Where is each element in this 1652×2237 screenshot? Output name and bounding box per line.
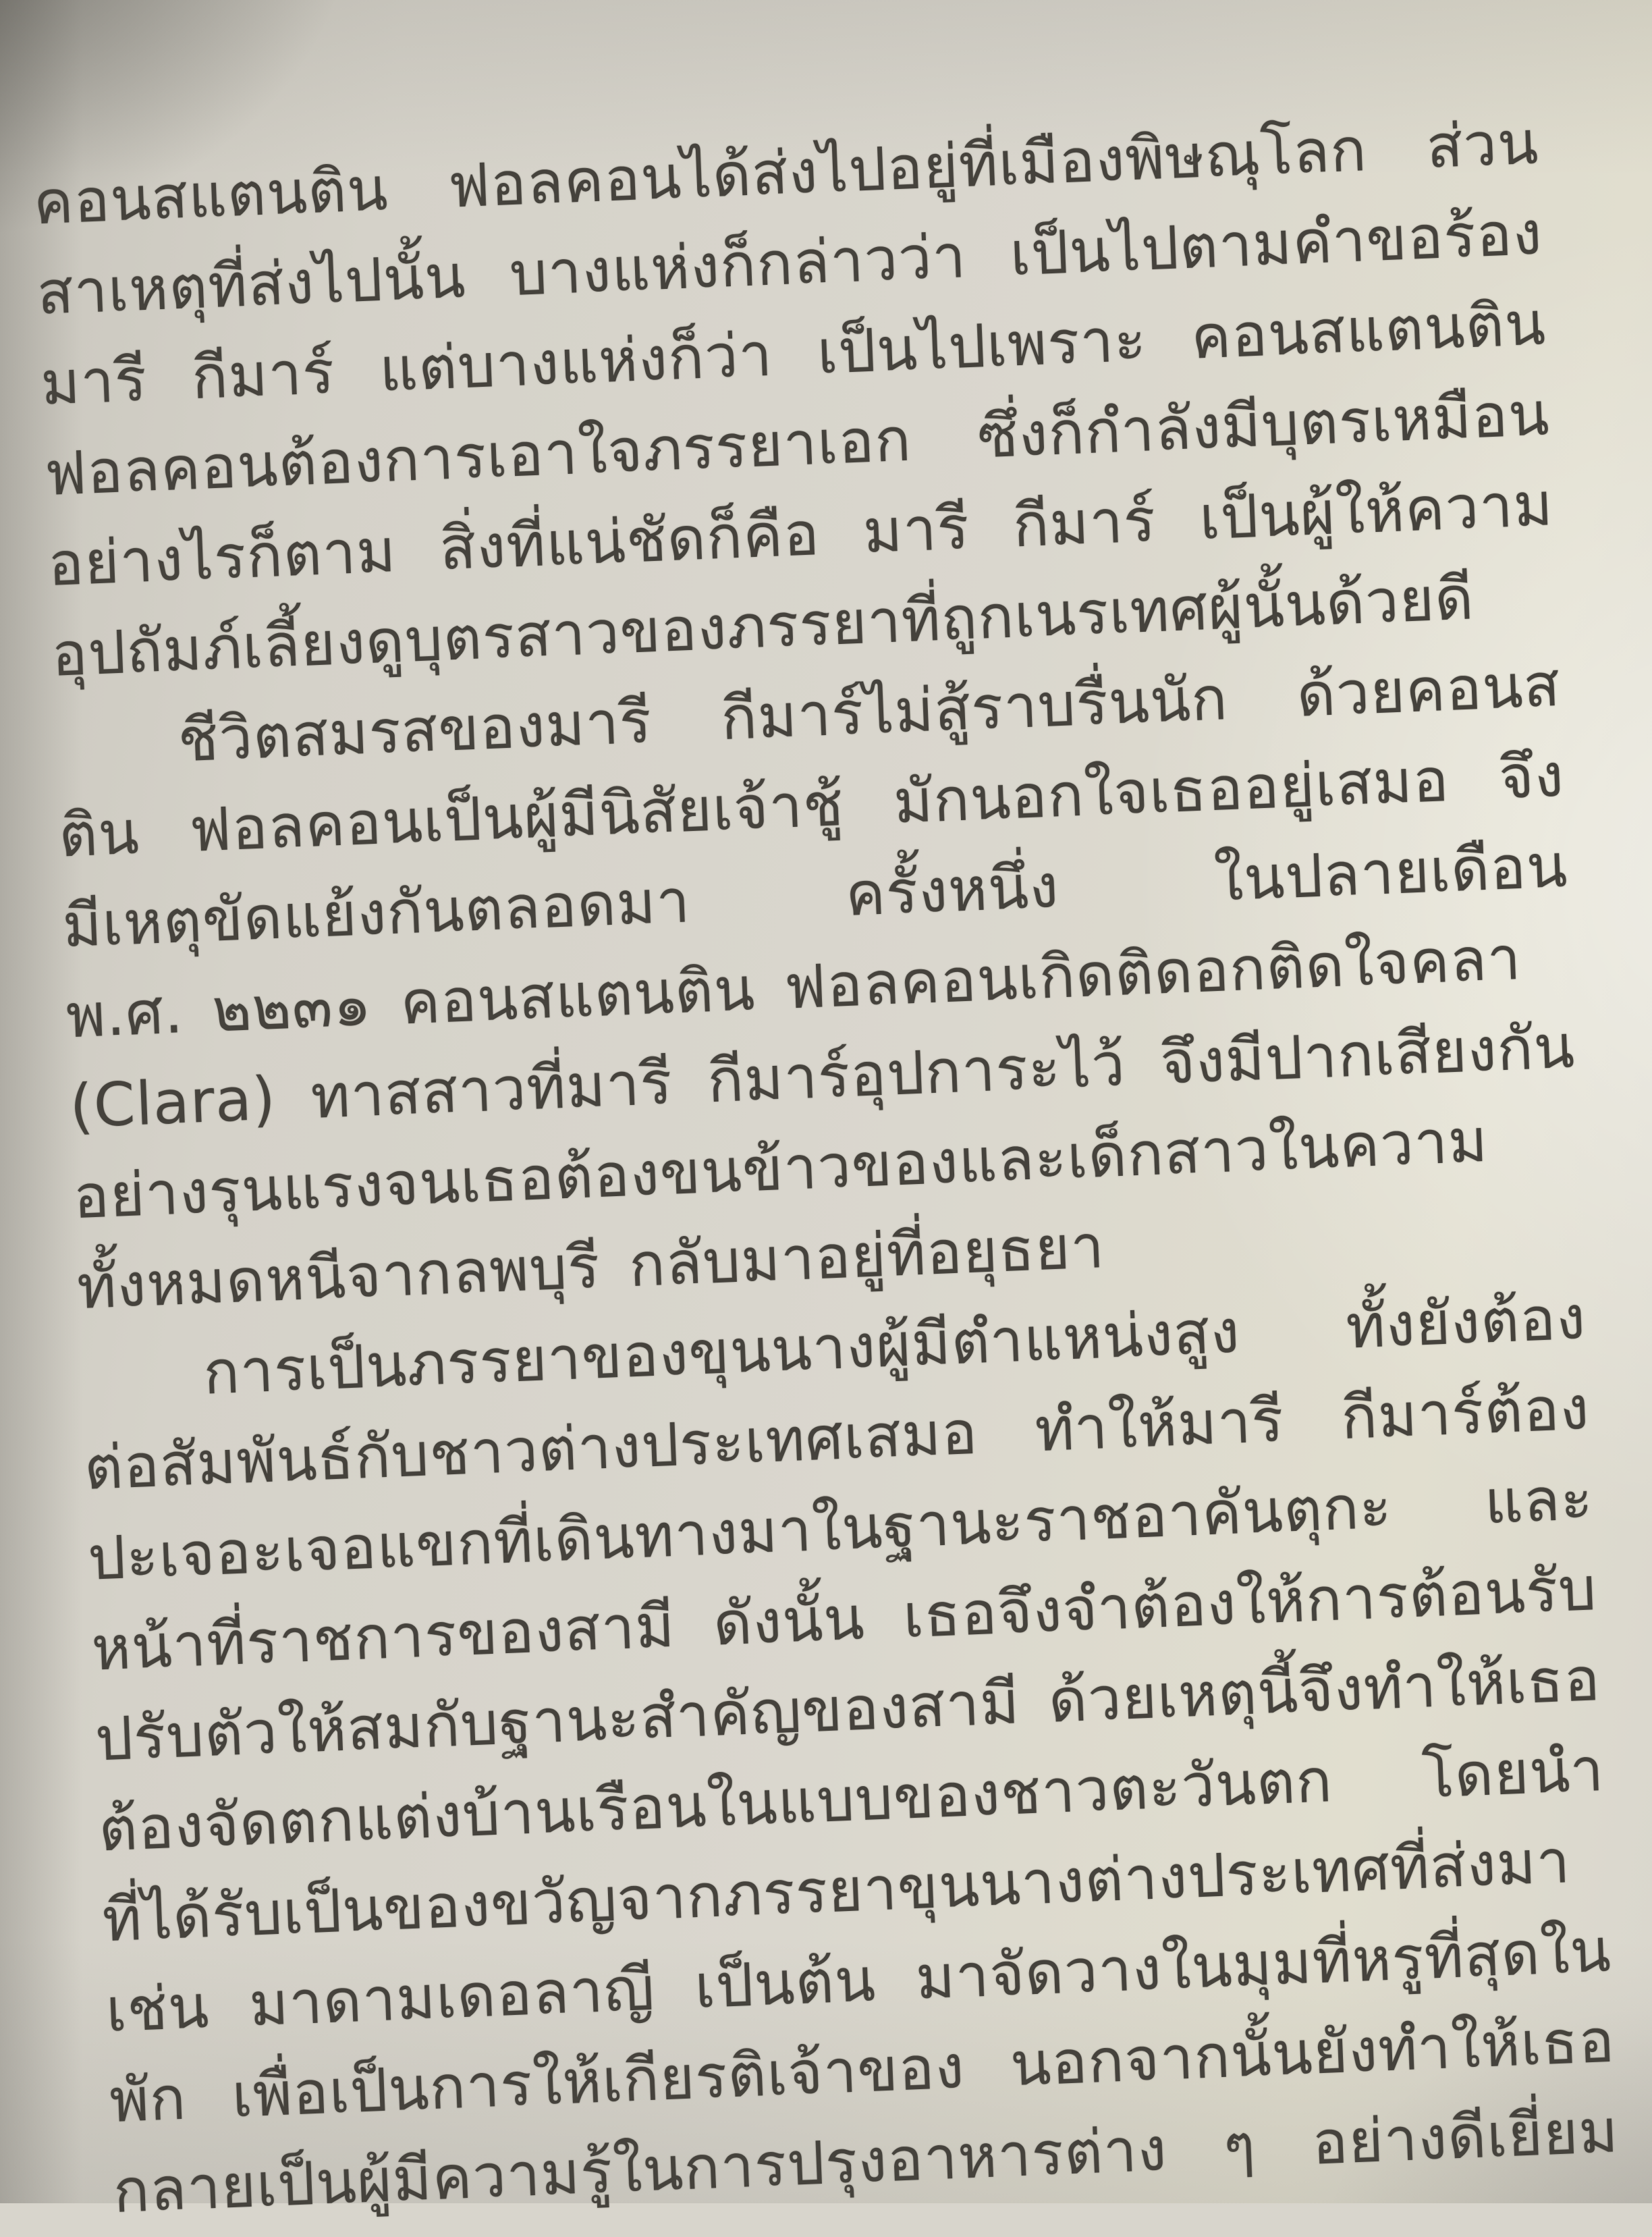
text-block: คอนสแตนติน ฟอลคอนได้ส่งไปอยู่ที่เมืองพิษ… [32, 97, 1620, 2203]
book-page-photo: คอนสแตนติน ฟอลคอนได้ส่งไปอยู่ที่เมืองพิษ… [0, 0, 1652, 2203]
